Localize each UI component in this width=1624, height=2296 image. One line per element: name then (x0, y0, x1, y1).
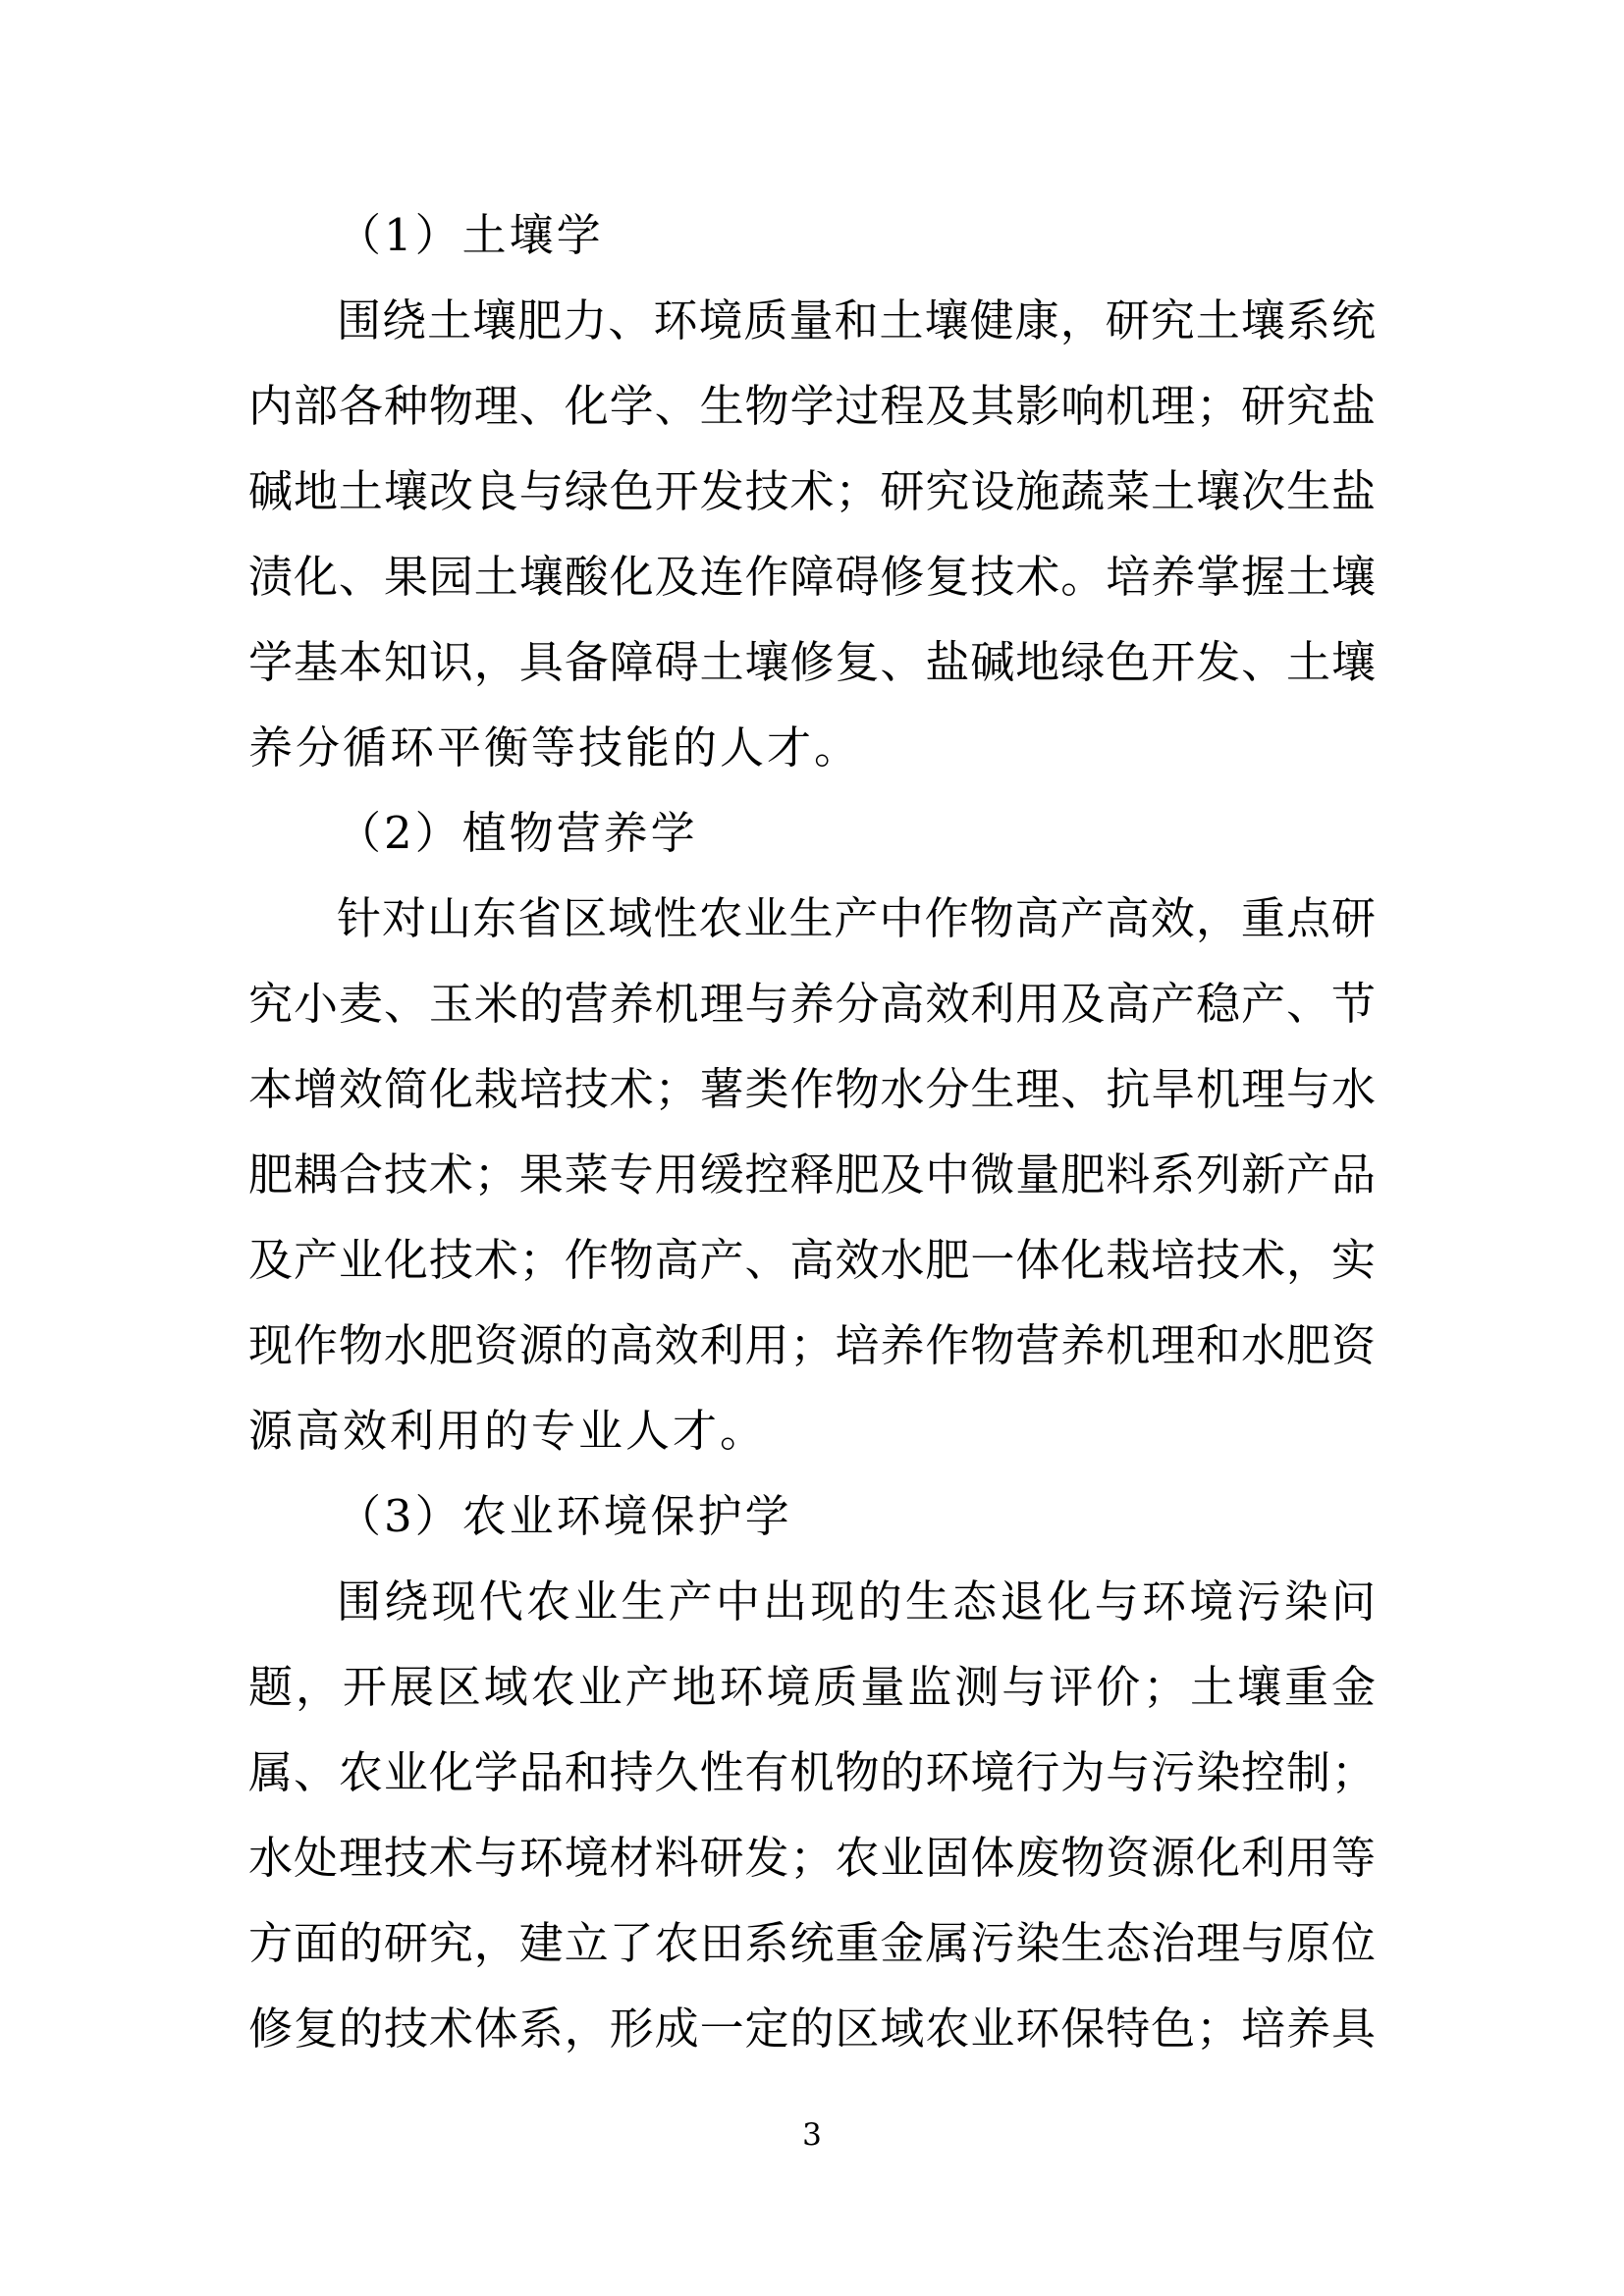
text-line: 水处理技术与环境材料研发；农业固体废物资源化利用等 (248, 1815, 1376, 1900)
text-line: 方面的研究，建立了农田系统重金属污染生态治理与原位 (248, 1900, 1376, 1986)
text-line: 养分循环平衡等技能的人才。 (248, 705, 1376, 790)
text-line: 题，开展区域农业产地环境质量监测与评价；土壤重金 (248, 1644, 1376, 1730)
text-line: 肥耦合技术；果菜专用缓控释肥及中微量肥料系列新产品 (248, 1132, 1376, 1217)
text-line: 学基本知识，具备障碍土壤修复、盐碱地绿色开发、土壤 (248, 619, 1376, 705)
document-page: （1）土壤学围绕土壤肥力、环境质量和土壤健康，研究土壤系统内部各种物理、化学、生… (0, 0, 1624, 2296)
text-line: 究小麦、玉米的营养机理与养分高效利用及高产稳产、节 (248, 961, 1376, 1046)
text-line: 针对山东省区域性农业生产中作物高产高效，重点研 (248, 876, 1376, 961)
text-line: 及产业化技术；作物高产、高效水肥一体化栽培技术，实 (248, 1217, 1376, 1303)
section-heading-line: （3）农业环境保护学 (248, 1473, 1376, 1559)
page-number: 3 (0, 2120, 1624, 2151)
text-line: 修复的技术体系，形成一定的区域农业环保特色；培养具 (248, 1986, 1376, 2071)
document-body: （1）土壤学围绕土壤肥力、环境质量和土壤健康，研究土壤系统内部各种物理、化学、生… (248, 192, 1376, 2071)
text-line: 源高效利用的专业人才。 (248, 1388, 1376, 1473)
text-line: 碱地土壤改良与绿色开发技术；研究设施蔬菜土壤次生盐 (248, 449, 1376, 534)
text-line: 渍化、果园土壤酸化及连作障碍修复技术。培养掌握土壤 (248, 534, 1376, 619)
text-line: 围绕现代农业生产中出现的生态退化与环境污染问 (248, 1559, 1376, 1644)
text-line: 围绕土壤肥力、环境质量和土壤健康，研究土壤系统 (248, 278, 1376, 363)
section-heading-line: （1）土壤学 (248, 192, 1376, 278)
section-heading-line: （2）植物营养学 (248, 790, 1376, 876)
text-line: 现作物水肥资源的高效利用；培养作物营养机理和水肥资 (248, 1303, 1376, 1388)
text-line: 内部各种物理、化学、生物学过程及其影响机理；研究盐 (248, 363, 1376, 449)
text-line: 本增效简化栽培技术；薯类作物水分生理、抗旱机理与水 (248, 1046, 1376, 1132)
text-line: 属、农业化学品和持久性有机物的环境行为与污染控制； (248, 1730, 1376, 1815)
